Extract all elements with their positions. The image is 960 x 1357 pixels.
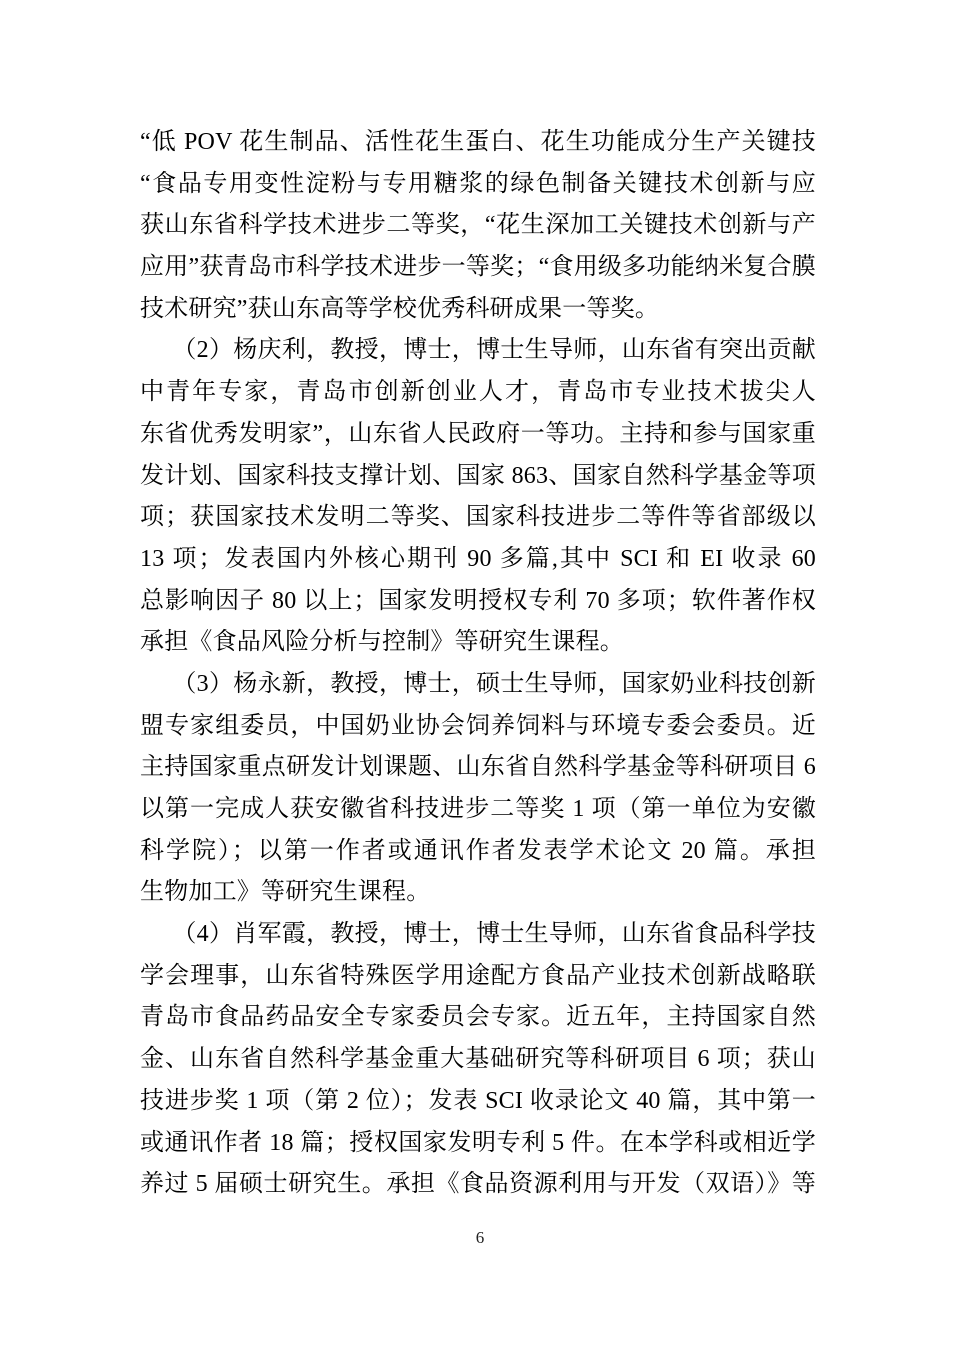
document-page: “低 POV 花生制品、活性花生蛋白、花生功能成分生产关键技术创新”，“食品专用… xyxy=(0,0,960,1357)
text-line: 项；获国家技术发明二等奖、国家科技进步二等件等省部级以上奖励 xyxy=(140,497,816,539)
text-line: 学会理事，山东省特殊医学用途配方食品产业技术创新战略联盟理事， xyxy=(140,956,816,998)
page-number: 6 xyxy=(0,1226,960,1250)
paragraph: （2）杨庆利，教授，博士，博士生导师，山东省有突出贡献的中青年专家，青岛市创新创… xyxy=(140,330,816,664)
text-line: “食品专用变性淀粉与专用糖浆的绿色制备关键技术创新与应用”，均 xyxy=(140,164,816,206)
text-line: 中青年专家，青岛市创新创业人才，青岛市专业技术拔尖人才，“山 xyxy=(140,372,816,414)
text-line: 发计划、国家科技支撑计划、国家 863、国家自然科学基金等项目 15 xyxy=(140,456,816,498)
text-line: 生物加工》等研究生课程。 xyxy=(140,872,816,914)
paragraph: “低 POV 花生制品、活性花生蛋白、花生功能成分生产关键技术创新”，“食品专用… xyxy=(140,122,816,330)
text-line: 获山东省科学技术进步二等奖，“花生深加工关键技术创新与产业化 xyxy=(140,205,816,247)
text-line: 或通讯作者 18 篇；授权国家发明专利 5 件。在本学科或相近学科培 xyxy=(140,1123,816,1165)
text-line: “低 POV 花生制品、活性花生蛋白、花生功能成分生产关键技术创新”， xyxy=(140,122,816,164)
text-line: 技术研究”获山东高等学校优秀科研成果一等奖。 xyxy=(140,289,816,331)
text-line: 应用”获青岛市科学技术进步一等奖；“食用级多功能纳米复合膜关键 xyxy=(140,247,816,289)
text-line: 青岛市食品药品安全专家委员会专家。近五年，主持国家自然科学基 xyxy=(140,997,816,1039)
text-line: 技进步奖 1 项（第 2 位）；发表 SCI 收录论文 40 篇，其中第一作者 xyxy=(140,1081,816,1123)
paragraph: （3）杨永新，教授，博士，硕士生导师，国家奶业科技创新联盟专家组委员，中国奶业协… xyxy=(140,664,816,914)
text-line: 盟专家组委员，中国奶业协会饲养饲料与环境专委会委员。近五年， xyxy=(140,706,816,748)
text-line: 东省优秀发明家”，山东省人民政府一等功。主持和参与国家重点研 xyxy=(140,414,816,456)
text-line: （3）杨永新，教授，博士，硕士生导师，国家奶业科技创新联 xyxy=(140,664,816,706)
text-line: 以第一完成人获安徽省科技进步二等奖 1 项（第一单位为安徽省农业 xyxy=(140,789,816,831)
text-line: 承担《食品风险分析与控制》等研究生课程。 xyxy=(140,622,816,664)
text-line: 科学院）；以第一作者或通讯作者发表学术论文 20 篇。承担《食品 xyxy=(140,831,816,873)
text-line: 总影响因子 80 以上；国家发明授权专利 70 多项；软件著作权 39 项。 xyxy=(140,581,816,623)
text-line: 金、山东省自然科学基金重大基础研究等科研项目 6 项；获山东省科 xyxy=(140,1039,816,1081)
document-body: “低 POV 花生制品、活性花生蛋白、花生功能成分生产关键技术创新”，“食品专用… xyxy=(140,122,816,1206)
paragraph: （4）肖军霞，教授，博士，博士生导师，山东省食品科学技术学会理事，山东省特殊医学… xyxy=(140,914,816,1206)
text-line: （2）杨庆利，教授，博士，博士生导师，山东省有突出贡献的 xyxy=(140,330,816,372)
text-line: 主持国家重点研发计划课题、山东省自然科学基金等科研项目 6 项； xyxy=(140,747,816,789)
text-line: 13 项；发表国内外核心期刊 90 多篇,其中 SCI 和 EI 收录 60 篇… xyxy=(140,539,816,581)
text-line: 养过 5 届硕士研究生。承担《食品资源利用与开发（双语）》等研究 xyxy=(140,1164,816,1206)
text-line: （4）肖军霞，教授，博士，博士生导师，山东省食品科学技术 xyxy=(140,914,816,956)
